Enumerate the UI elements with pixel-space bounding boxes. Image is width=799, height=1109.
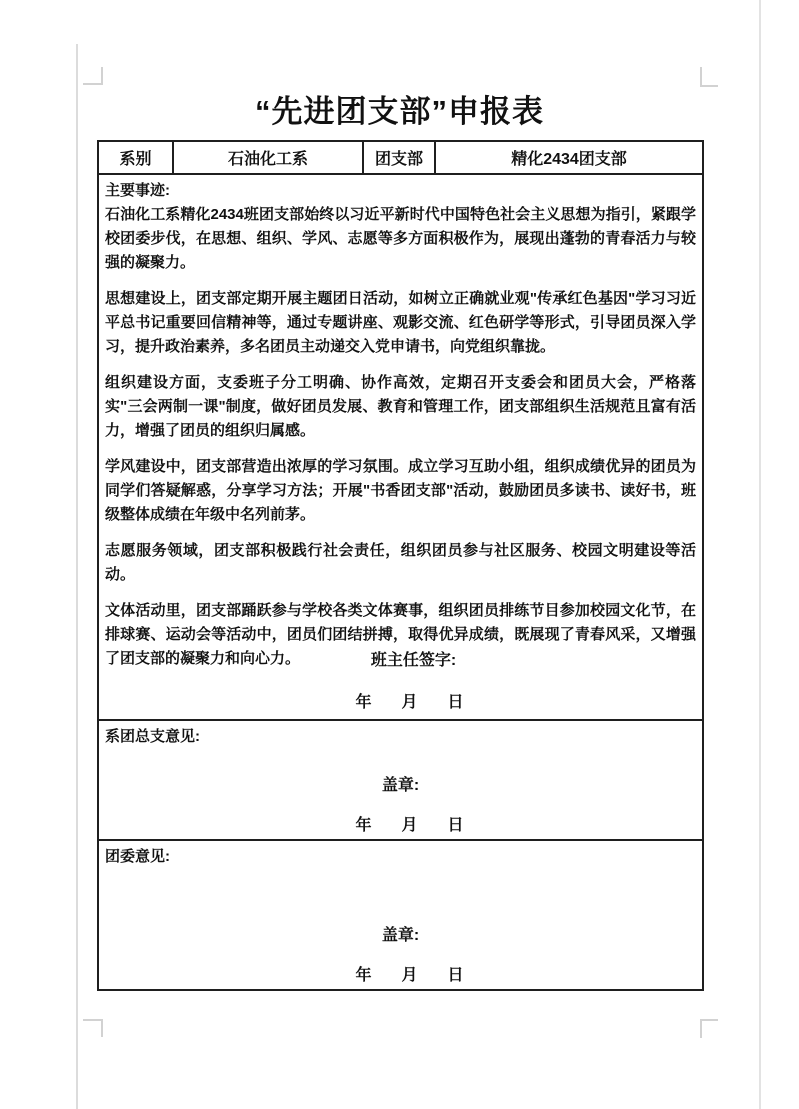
corner-mark-top-left [83,67,103,85]
league-committee-opinion-cell: 团委意见: 盖章: 年月日 [99,841,702,989]
date-day-label: 日 [448,817,464,834]
achievement-paragraph-organization: 组织建设方面，支委班子分工明确、协作高效，定期召开支委会和团员大会，严格落实"三… [105,371,696,443]
teacher-date-line: 年月日 [99,691,702,715]
achievement-paragraph-ideology: 思想建设上，团支部定期开展主题团日活动，如树立正确就业观"传承红色基因"学习习近… [105,287,696,359]
info-header-row: 系别 石油化工系 团支部 精化2434团支部 [99,142,702,175]
league-committee-opinion-label: 团委意见: [105,845,696,866]
achievement-paragraph-volunteer: 志愿服务领域，团支部积极践行社会责任，组织团员参与社区服务、校园文明建设等活动。 [105,539,696,587]
date-year-label: 年 [355,967,371,984]
main-achievements-label: 主要事迹: [105,179,696,203]
achievement-paragraph-intro: 石油化工系精化2434班团支部始终以习近平新时代中国特色社会主义思想为指引，紧跟… [105,203,696,275]
committee-seal-label: 盖章: [99,922,702,945]
scanned-form-page: “先进团支部”申报表 系别 石油化工系 团支部 精化2434团支部 主要事迹: … [0,0,799,1109]
page-title: “先进团支部”申报表 [0,86,799,131]
branch-value-cell: 精化2434团支部 [436,142,702,173]
dept-value-cell: 石油化工系 [174,142,364,173]
corner-mark-bottom-left [83,1019,103,1037]
date-day-label: 日 [448,694,464,711]
corner-mark-top-right [700,67,718,87]
paper-left-edge-line [76,44,78,1109]
dept-league-opinion-label: 系团总支意见: [105,725,696,746]
date-month-label: 月 [401,967,417,984]
paper-right-edge-line [759,0,761,1109]
date-year-label: 年 [355,694,371,711]
achievement-paragraph-study: 学风建设中，团支部营造出浓厚的学习氛围。成立学习互助小组，组织成绩优异的团员为同… [105,455,696,527]
teacher-signature-label: 班主任签字: [99,649,702,673]
dept-seal-label: 盖章: [99,772,702,795]
date-year-label: 年 [355,817,371,834]
date-month-label: 月 [401,817,417,834]
dept-label-cell: 系别 [99,142,174,173]
date-day-label: 日 [448,967,464,984]
application-form-table: 系别 石油化工系 团支部 精化2434团支部 主要事迹: 石油化工系精化2434… [97,140,704,991]
committee-date-line: 年月日 [99,962,702,985]
dept-date-line: 年月日 [99,812,702,835]
main-achievements-cell: 主要事迹: 石油化工系精化2434班团支部始终以习近平新时代中国特色社会主义思想… [99,175,702,721]
dept-league-opinion-cell: 系团总支意见: 盖章: 年月日 [99,721,702,841]
branch-label-cell: 团支部 [364,142,436,173]
corner-mark-bottom-right [700,1019,718,1038]
date-month-label: 月 [401,694,417,711]
